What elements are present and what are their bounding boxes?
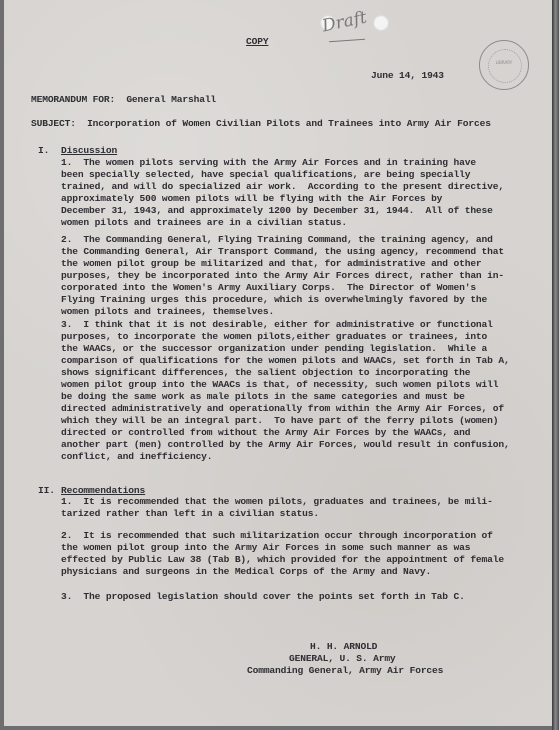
paragraph-line: 1. It is recommended that the women pilo…: [61, 496, 493, 508]
memo-for-value: General Marshall: [126, 94, 216, 105]
section-heading: Discussion: [61, 145, 117, 157]
paragraph-line: women pilots and trainees, themselves.: [61, 306, 274, 318]
paragraph-line: the WAACs, or the successor organization…: [61, 343, 487, 355]
paragraph-line: the Commanding General, Air Transport Co…: [61, 246, 504, 258]
paragraph-line: tarized rather than left in a civilian s…: [61, 508, 319, 520]
memo-for-label: MEMORANDUM FOR:: [31, 94, 115, 105]
paragraph-line: been specially selected, have special qu…: [61, 169, 470, 181]
handwritten-underline: [329, 39, 365, 43]
library-stamp-icon: LIBRARY: [479, 40, 529, 90]
subject-value: Incorporation of Women Civilian Pilots a…: [87, 118, 491, 129]
paragraph-line: December 31, 1943, and approximately 120…: [61, 205, 493, 217]
section-numeral: I.: [38, 145, 49, 157]
paragraph-line: 3. I think that it is not desirable, eit…: [61, 319, 493, 331]
section-numeral: II.: [38, 485, 55, 497]
handwritten-draft-note: Draft: [320, 8, 368, 37]
paragraph-line: directed or controlled from without the …: [61, 427, 470, 439]
paragraph-line: trained, and will do specialized air wor…: [61, 181, 504, 193]
paragraph-line: corporated into the Women's Army Auxilia…: [61, 282, 476, 294]
paragraph-line: effected by Public Law 38 (Tab B), which…: [61, 554, 504, 566]
paragraph-line: physicians and surgeons in the Medical C…: [61, 566, 431, 578]
paragraph-line: comparison of qualifications for the wom…: [61, 355, 510, 367]
paragraph-line: purposes, to incorporate the women pilot…: [61, 331, 487, 343]
paragraph-line: Flying Training urges this procedure, wh…: [61, 294, 487, 306]
paragraph-line: the women pilot group into the Army Air …: [61, 542, 470, 554]
paragraph-line: purposes, they be incorporated into the …: [61, 270, 504, 282]
paragraph-line: approximately 500 women pilots will be f…: [61, 193, 442, 205]
paragraph-line: conflict, and inefficiency.: [61, 451, 212, 463]
paragraph-line: which they will be an integral part. To …: [61, 415, 498, 427]
paragraph-line: 1. The women pilots serving with the Arm…: [61, 157, 476, 169]
paragraph-line: directed administratively and operationa…: [61, 403, 504, 415]
signature-rank: GENERAL, U. S. Army: [289, 653, 396, 665]
document-page: Draft LIBRARY COPY June 14, 1943 MEMORAN…: [4, 0, 552, 726]
paragraph-line: 2. The Commanding General, Flying Traini…: [61, 234, 493, 246]
paragraph-line: another part (men) controlled by the Arm…: [61, 439, 510, 451]
subject-label: SUBJECT:: [31, 118, 76, 129]
memo-date: June 14, 1943: [371, 70, 444, 82]
punch-hole: [373, 15, 389, 31]
paragraph-line: the women pilot group be militarized and…: [61, 258, 482, 270]
paragraph-line: shows significant differences, the salie…: [61, 367, 470, 379]
signature-name: H. H. ARNOLD: [310, 641, 377, 653]
copy-label: COPY: [246, 36, 268, 48]
signature-title: Commanding General, Army Air Forces: [247, 665, 443, 677]
paragraph-line: women pilot group into the WAACs is that…: [61, 379, 498, 391]
paragraph-line: 3. The proposed legislation should cover…: [61, 591, 465, 603]
paragraph-line: be doing the same work as male pilots in…: [61, 391, 465, 403]
memo-for-line: MEMORANDUM FOR: General Marshall: [31, 94, 216, 106]
subject-line: SUBJECT: Incorporation of Women Civilian…: [31, 118, 491, 130]
paragraph-line: women pilots and trainees are in a civil…: [61, 217, 347, 229]
scanner-edge: [552, 0, 559, 730]
paragraph-line: 2. It is recommended that such militariz…: [61, 530, 493, 542]
